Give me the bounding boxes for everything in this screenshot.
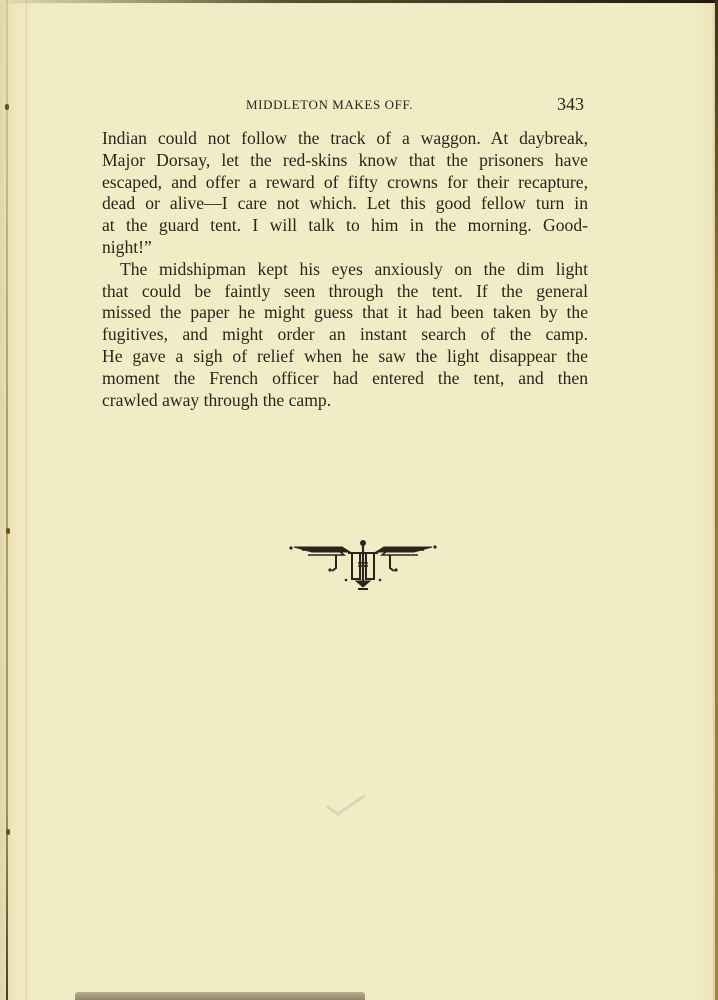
text-line: Major Dorsay, let the red-skins know tha… xyxy=(102,150,588,172)
text-line: at the guard tent. I will talk to him in… xyxy=(102,215,588,237)
page-top-edge xyxy=(0,0,718,3)
binding-shadow xyxy=(26,0,27,1000)
body-text: Indian could not follow the track of a w… xyxy=(102,128,588,411)
book-page: MIDDLETON MAKES OFF. 343 Indian could no… xyxy=(0,0,718,1000)
text-line: night!” xyxy=(102,237,588,259)
text-line: He gave a sigh of relief when he saw the… xyxy=(102,346,588,368)
text-line: missed the paper he might guess that it … xyxy=(102,302,588,324)
text-line: escaped, and offer a reward of fifty cro… xyxy=(102,172,588,194)
text-line: moment the French officer had entered th… xyxy=(102,368,588,390)
binding-crease xyxy=(6,0,8,1000)
text-line: dead or alive—I care not which. Let this… xyxy=(102,193,588,215)
binding-thread-mark xyxy=(6,528,10,534)
text-line: Indian could not follow the track of a w… xyxy=(102,128,588,150)
page-bottom-tab xyxy=(75,992,365,1000)
faint-pencil-mark-icon xyxy=(326,793,366,817)
binding-thread-mark xyxy=(6,829,10,835)
text-line: The midshipman kept his eyes anxiously o… xyxy=(102,259,588,281)
binding-thread-mark xyxy=(5,104,9,110)
text-line: that could be faintly seen through the t… xyxy=(102,281,588,303)
text-line: fugitives, and might order an instant se… xyxy=(102,324,588,346)
paragraph: The midshipman kept his eyes anxiously o… xyxy=(102,259,588,412)
paragraph: Indian could not follow the track of a w… xyxy=(102,128,588,259)
text-line: crawled away through the camp. xyxy=(102,390,588,412)
tailpiece-ornament-icon xyxy=(288,535,438,590)
page-number: 343 xyxy=(557,94,584,115)
running-head: MIDDLETON MAKES OFF. xyxy=(246,97,413,113)
